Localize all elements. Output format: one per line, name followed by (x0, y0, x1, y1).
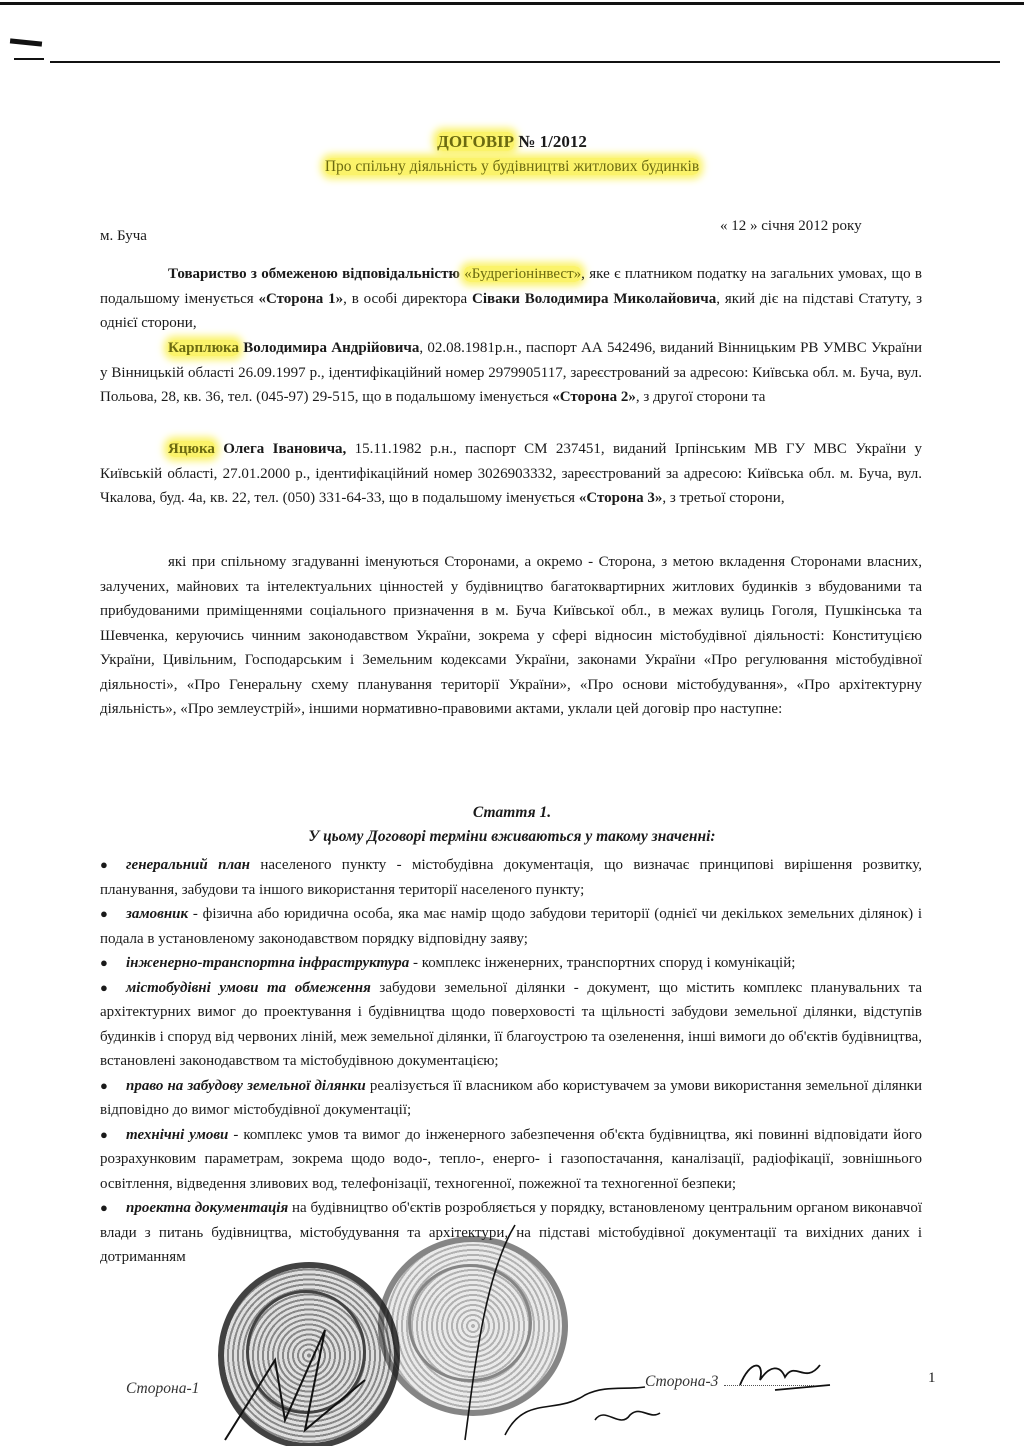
party-3-surname-highlight: Яцюка (168, 441, 215, 457)
bullet-icon: ● (100, 1196, 126, 1221)
document-subtitle: Про спільну діяльність у будівництві жит… (0, 158, 1024, 176)
party-3-paragraph: Яцюка Олега Івановича, 15.11.1982 р.н., … (100, 437, 922, 511)
signature-line (724, 1385, 814, 1386)
scanned-document-page: ДОГОВІР № 1/2012 Про спільну діяльність … (0, 0, 1024, 1446)
title-highlight: ДОГОВІР (437, 132, 514, 151)
bullet-icon: ● (100, 853, 126, 878)
footer-party-1-label: Сторона-1 (126, 1380, 199, 1398)
company-name-highlight: «Будрегіонінвест» (464, 266, 581, 282)
bullet-icon: ● (100, 976, 126, 1001)
document-title: ДОГОВІР № 1/2012 (0, 132, 1024, 152)
definition-item: ●генеральний план населеного пункту - мі… (100, 853, 922, 902)
party-2-surname-highlight: Карплюка (168, 340, 239, 356)
definition-item: ●містобудівні умови та обмеження забудов… (100, 976, 922, 1074)
bullet-icon: ● (100, 902, 126, 927)
party-2-paragraph: Карплюка Володимира Андрійовича, 02.08.1… (100, 336, 922, 410)
article-subheading: У цьому Договорі терміни вживаються у та… (0, 828, 1024, 846)
definitions-list: ●генеральний план населеного пункту - мі… (100, 853, 922, 1270)
bullet-icon: ● (100, 1074, 126, 1099)
scan-artifact-top-line (0, 2, 1024, 5)
definition-item: ●технічні умови - комплекс умов та вимог… (100, 1123, 922, 1197)
article-heading: Стаття 1. (0, 804, 1024, 822)
signature-party-1 (215, 1300, 375, 1446)
party-1-paragraph: Товариство з обмеженою відповідальністю … (100, 262, 922, 336)
definition-item: ●інженерно-транспортна інфраструктура - … (100, 951, 922, 976)
footer-party-3-label: Сторона-3 (645, 1373, 814, 1391)
definition-item: ●право на забудову земельної ділянки реа… (100, 1074, 922, 1123)
preamble-paragraph: які при спільному згадуванні іменуються … (100, 550, 922, 722)
document-city: м. Буча (100, 228, 147, 245)
bullet-icon: ● (100, 1123, 126, 1148)
signature-party-2 (445, 1215, 665, 1446)
definition-item: ●замовник - фізична або юридична особа, … (100, 902, 922, 951)
scan-artifact-mark (14, 58, 44, 60)
page-number: 1 (928, 1370, 936, 1387)
document-date: « 12 » січня 2012 року (720, 218, 862, 235)
scan-artifact-mark (10, 38, 42, 46)
bullet-icon: ● (100, 951, 126, 976)
scan-artifact-rule (50, 61, 1000, 63)
